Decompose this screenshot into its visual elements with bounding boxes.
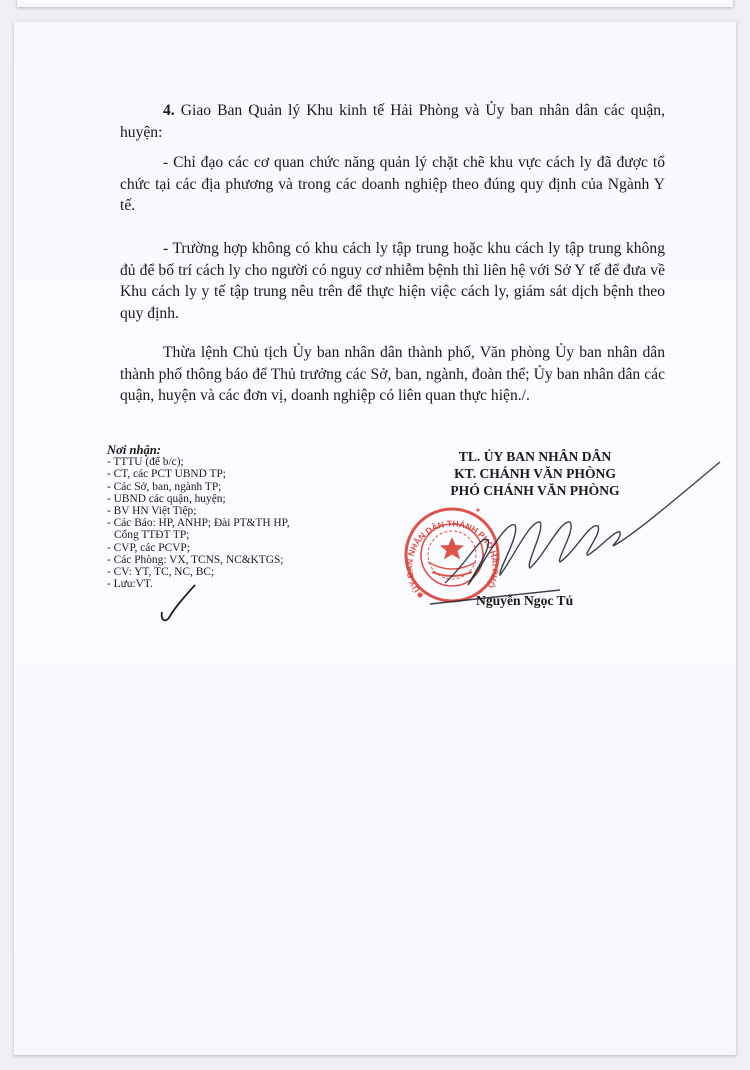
recipient-item: - BV HN Việt Tiệp; [107,505,290,517]
recipient-item: Cổng TTĐT TP; [107,529,290,541]
paragraph-4: 4. Giao Ban Quản lý Khu kinh tế Hải Phòn… [120,100,665,143]
recipients-list: Nơi nhận: - TTTU (để b/c); - CT, các PCT… [107,444,290,590]
recipient-item: - Lưu:VT. [107,578,290,590]
previous-page [17,0,733,7]
signature-line: TL. ỦY BAN NHÂN DÂN [420,448,650,465]
signer-name: Nguyễn Ngọc Tú [476,593,573,609]
paragraph-closing: Thừa lệnh Chủ tịch Ủy ban nhân dân thành… [120,342,665,407]
recipients-title: Nơi nhận: [107,444,290,456]
signature-line: PHÓ CHÁNH VĂN PHÒNG [420,482,650,499]
recipient-item: - CV: YT, TC, NC, BC; [107,566,290,578]
signature-block: TL. ỦY BAN NHÂN DÂN KT. CHÁNH VĂN PHÒNG … [420,448,650,499]
recipient-item: - CVP, các PCVP; [107,542,290,554]
section-number: 4. [163,102,175,119]
recipient-item: - TTTU (để b/c); [107,456,290,468]
recipient-item: - Các Báo: HP, ANHP; Đài PT&TH HP, [107,517,290,529]
recipient-item: - Các Sở, ban, ngành TP; [107,481,290,493]
recipient-item: - CT, các PCT UBND TP; [107,468,290,480]
paragraph-no-quarantine-area: - Trường hợp không có khu cách ly tập tr… [120,238,665,324]
paragraph-direct-agencies: - Chỉ đạo các cơ quan chức năng quản lý … [120,152,665,217]
recipient-item: - UBND các quận, huyện; [107,493,290,505]
recipient-item: - Các Phòng: VX, TCNS, NC&KTGS; [107,554,290,566]
signature-line: KT. CHÁNH VĂN PHÒNG [420,465,650,482]
